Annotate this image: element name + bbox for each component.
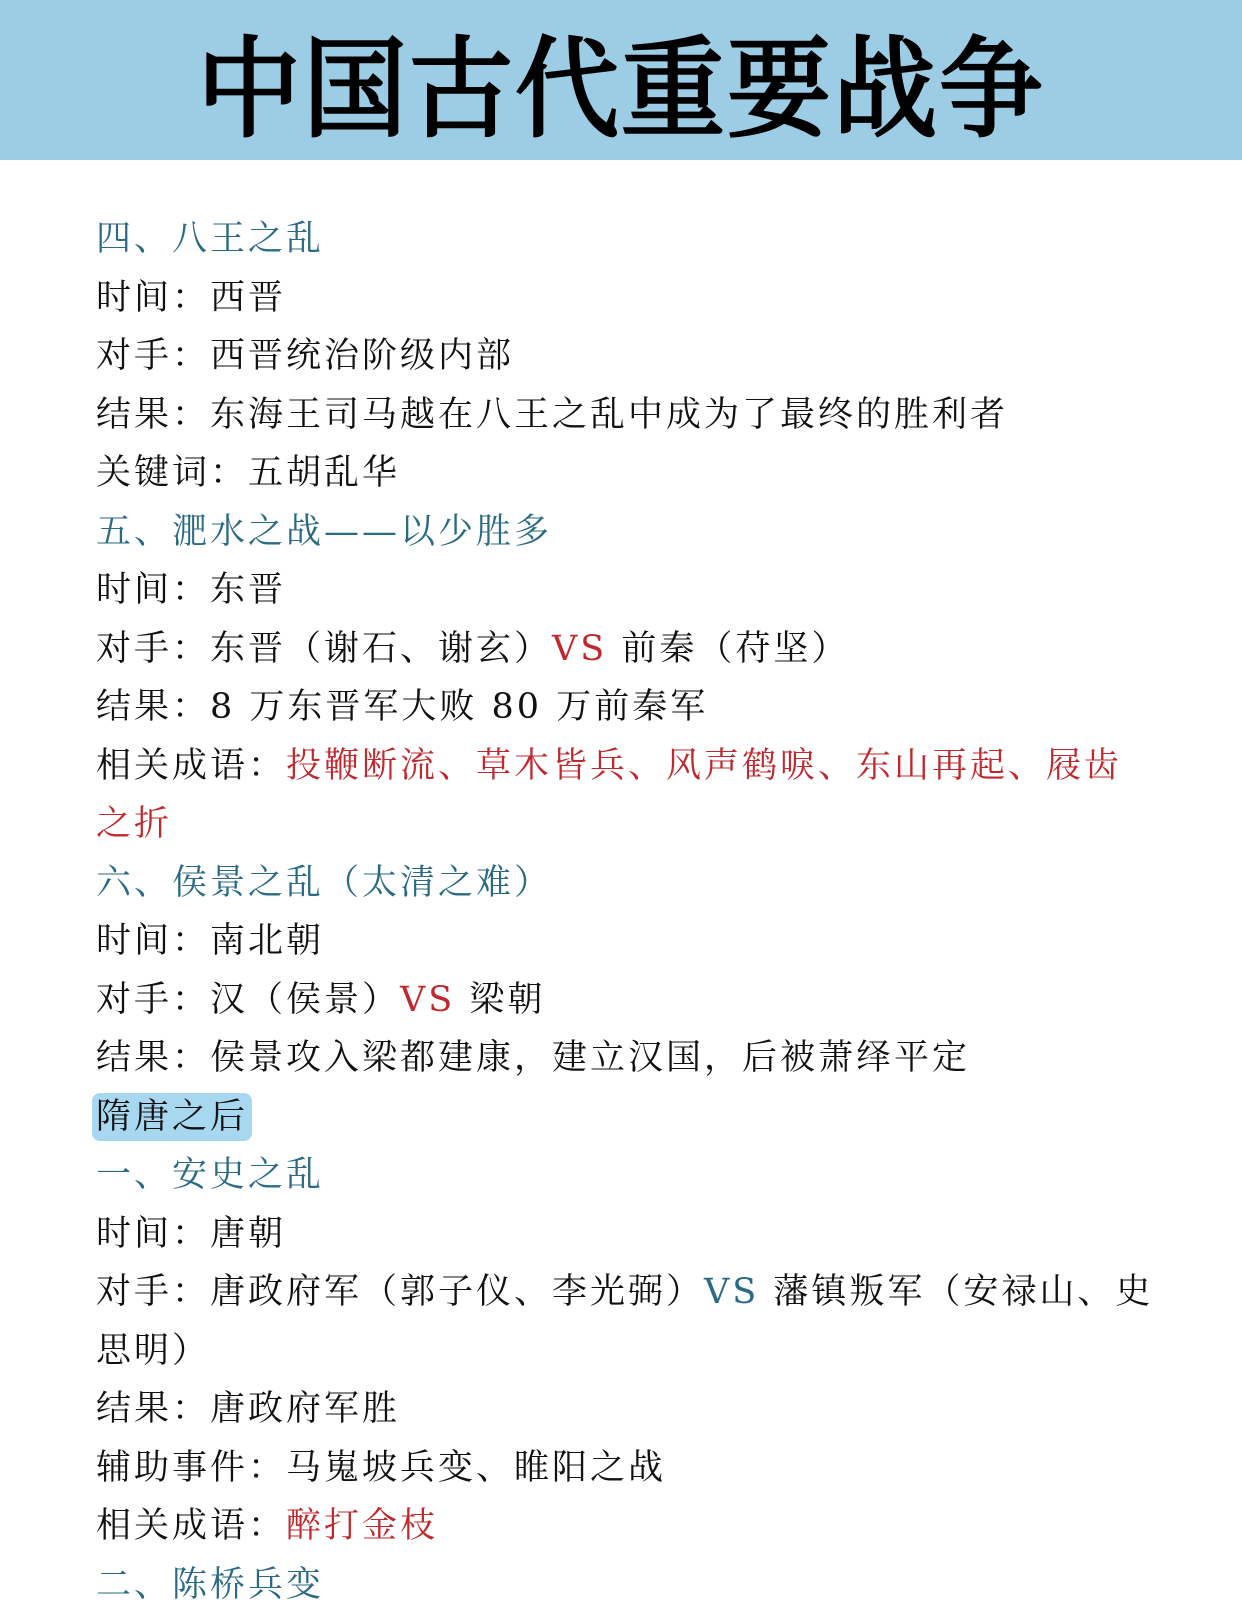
- side-a: 东晋（谢石、谢玄）: [210, 629, 552, 669]
- side-b: 梁朝: [455, 980, 545, 1020]
- vs-marker: VS: [552, 629, 607, 669]
- label: 对手：: [96, 336, 210, 376]
- opponents-row: 对手：西晋统治阶级内部: [96, 327, 1156, 386]
- value: 8 万东晋军大败 80 万前秦军: [210, 687, 708, 727]
- value: 五胡乱华: [248, 453, 400, 493]
- era-tag: 隋唐之后: [92, 1093, 252, 1141]
- label: 对手：: [96, 980, 210, 1020]
- label: 相关成语：: [96, 746, 286, 786]
- idioms-value: 醉打金枝: [286, 1506, 438, 1546]
- idioms-row: 相关成语：投鞭断流、草木皆兵、风声鹤唳、东山再起、屐齿之折: [96, 737, 1156, 854]
- era-tag-row: 隋唐之后: [96, 1088, 1156, 1147]
- time-row: 时间：唐朝: [96, 1205, 1156, 1264]
- side-a: 汉（侯景）: [210, 980, 400, 1020]
- label: 相关成语：: [96, 1506, 286, 1546]
- section-heading: 四、八王之乱: [96, 210, 1156, 269]
- idioms-row: 相关成语：醉打金枝: [96, 1497, 1156, 1556]
- time-row: 时间：南北朝: [96, 912, 1156, 971]
- label: 结果：: [96, 687, 210, 727]
- keyword-row: 关键词：五胡乱华: [96, 444, 1156, 503]
- result-row: 结果：东海王司马越在八王之乱中成为了最终的胜利者: [96, 386, 1156, 445]
- section-heading: 二、陈桥兵变: [96, 1556, 1156, 1615]
- value: 西晋统治阶级内部: [210, 336, 514, 376]
- result-row: 结果：8 万东晋军大败 80 万前秦军: [96, 678, 1156, 737]
- article-content: 四、八王之乱 时间：西晋 对手：西晋统治阶级内部 结果：东海王司马越在八王之乱中…: [96, 210, 1156, 1614]
- result-row: 结果：侯景攻入梁都建康，建立汉国，后被萧绎平定: [96, 1029, 1156, 1088]
- label: 关键词：: [96, 453, 248, 493]
- opponents-row: 对手：东晋（谢石、谢玄）VS 前秦（苻坚）: [96, 620, 1156, 679]
- label: 时间：: [96, 1214, 210, 1254]
- label: 结果：: [96, 395, 210, 435]
- value: 马嵬坡兵变、睢阳之战: [286, 1448, 666, 1488]
- label: 结果：: [96, 1389, 210, 1429]
- value: 唐朝: [210, 1214, 286, 1254]
- label: 时间：: [96, 278, 210, 318]
- label: 时间：: [96, 570, 210, 610]
- label: 对手：: [96, 629, 210, 669]
- result-row: 结果：唐政府军胜: [96, 1380, 1156, 1439]
- value: 南北朝: [210, 921, 324, 961]
- label: 对手：: [96, 1272, 210, 1312]
- vs-marker: VS: [704, 1272, 759, 1312]
- label: 时间：: [96, 921, 210, 961]
- value: 侯景攻入梁都建康，建立汉国，后被萧绎平定: [210, 1038, 970, 1078]
- opponents-row: 对手：汉（侯景）VS 梁朝: [96, 971, 1156, 1030]
- label: 结果：: [96, 1038, 210, 1078]
- time-row: 时间：西晋: [96, 269, 1156, 328]
- side-a: 唐政府军（郭子仪、李光弼）: [210, 1272, 704, 1312]
- aux-events-row: 辅助事件：马嵬坡兵变、睢阳之战: [96, 1439, 1156, 1498]
- vs-marker: VS: [400, 980, 455, 1020]
- page-title: 中国古代重要战争: [197, 1, 1045, 159]
- section-heading: 五、淝水之战——以少胜多: [96, 503, 1156, 562]
- value: 唐政府军胜: [210, 1389, 400, 1429]
- value: 西晋: [210, 278, 286, 318]
- side-b: 前秦（苻坚）: [607, 629, 849, 669]
- value: 东晋: [210, 570, 286, 610]
- time-row: 时间：东晋: [96, 561, 1156, 620]
- section-heading: 六、侯景之乱（太清之难）: [96, 854, 1156, 913]
- section-heading: 一、安史之乱: [96, 1146, 1156, 1205]
- title-banner: 中国古代重要战争: [0, 0, 1242, 160]
- label: 辅助事件：: [96, 1448, 286, 1488]
- opponents-row: 对手：唐政府军（郭子仪、李光弼）VS 藩镇叛军（安禄山、史思明）: [96, 1263, 1156, 1380]
- value: 东海王司马越在八王之乱中成为了最终的胜利者: [210, 395, 1008, 435]
